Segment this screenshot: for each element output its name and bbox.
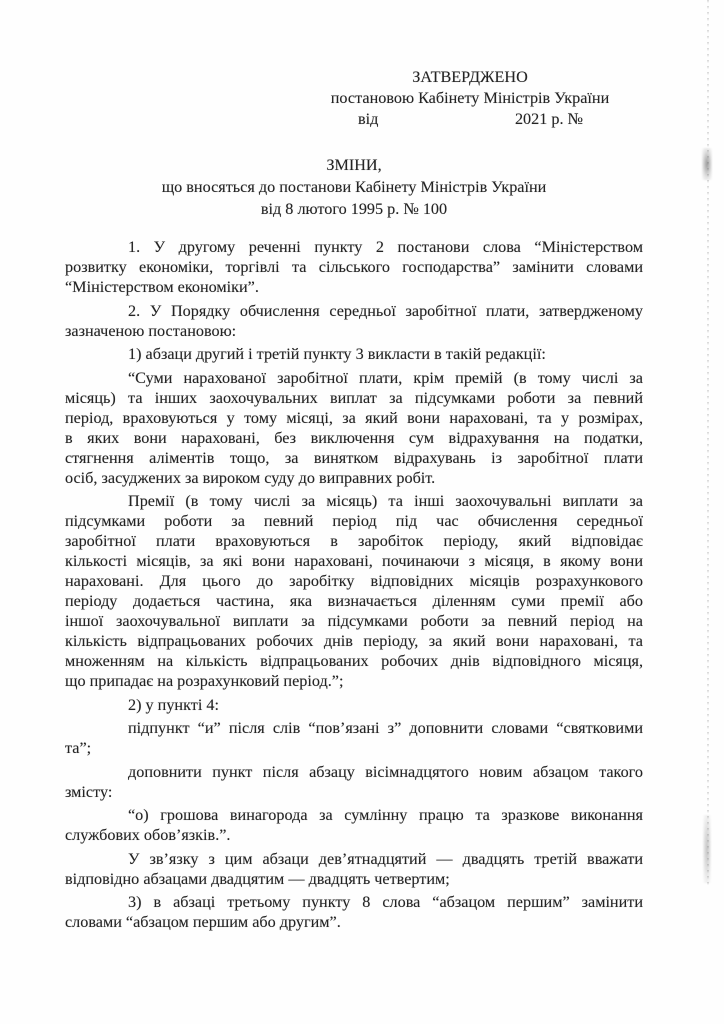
text-line: 2. У Порядку обчислення середньої заробі… (65, 301, 643, 321)
approval-date-suffix: 2021 р. № (515, 109, 583, 130)
text-line: множенням на кількість відпрацьованих ро… (65, 651, 643, 671)
text-line: “Міністерством економіки”. (65, 277, 643, 297)
text-line: кількості місяців, за які вони нарахован… (65, 551, 643, 571)
approval-date-line: від 2021 р. № (323, 109, 617, 130)
paragraph: 1. У другому реченні пункту 2 постанови … (65, 237, 643, 297)
text-line: підсумками роботи за певний період під ч… (65, 511, 643, 531)
text-line: відповідно абзацами двадцятим — двадцять… (65, 869, 643, 889)
scan-artifact-line (707, 0, 709, 888)
paragraph: “о) грошова винагорода за сумлінну працю… (65, 805, 643, 845)
text-line: 2) у пункті 4: (65, 695, 643, 715)
text-line: 3) в абзаці третьому пункту 8 слова “абз… (65, 892, 643, 912)
paragraph: Премії (в тому числі за місяць) та інші … (65, 491, 643, 691)
text-line: в яких вони нараховані, без виключення с… (65, 428, 643, 448)
text-line: Премії (в тому числі за місяць) та інші … (65, 491, 643, 511)
approval-block: ЗАТВЕРДЖЕНО постановою Кабінету Міністрі… (323, 67, 617, 130)
text-line: розвитку економіки, торгівлі та сільсько… (65, 257, 643, 277)
text-line: заробітної плати враховуються в заробіто… (65, 531, 643, 551)
text-line: 1. У другому реченні пункту 2 постанови … (65, 237, 643, 257)
text-line: період, враховуються у тому місяці, за я… (65, 408, 643, 428)
text-line: що припадає на розрахунковий період.”; (65, 671, 643, 691)
document-reference: від 8 лютого 1995 р. № 100 (65, 198, 643, 220)
approval-date-prefix: від (358, 109, 378, 130)
title-block: ЗМІНИ, що вносяться до постанови Кабінет… (65, 154, 643, 220)
text-line: 1) абзаци другий і третій пункту 3 викла… (65, 344, 643, 364)
text-line: зазначеною постановою: (65, 321, 643, 341)
approval-issuer: постановою Кабінету Міністрів України (323, 88, 617, 109)
text-line: “о) грошова винагорода за сумлінну працю… (65, 805, 643, 825)
text-line: періоду додається частина, яка визначаєт… (65, 591, 643, 611)
text-line: кількість відпрацьованих робочих днів пе… (65, 631, 643, 651)
text-line: та”; (65, 738, 643, 758)
paragraph: У зв’язку з цим абзаци дев’ятнадцятий — … (65, 849, 643, 889)
text-line: осіб, засуджених за вироком суду до випр… (65, 468, 643, 488)
paragraph: підпункт “и” після слів “пов’язані з” до… (65, 718, 643, 758)
document-body: 1. У другому реченні пункту 2 постанови … (65, 237, 643, 932)
document-subtitle: що вносяться до постанови Кабінету Мініс… (65, 176, 643, 198)
text-line: змісту: (65, 782, 643, 802)
paragraph: “Суми нарахованої заробітної плати, крім… (65, 368, 643, 488)
paragraph: 2) у пункті 4: (65, 695, 643, 715)
paragraph: 3) в абзаці третьому пункту 8 слова “абз… (65, 892, 643, 932)
document-page: ЗАТВЕРДЖЕНО постановою Кабінету Міністрі… (0, 0, 724, 1024)
text-line: У зв’язку з цим абзаци дев’ятнадцятий — … (65, 849, 643, 869)
scan-artifact-smudge (703, 815, 711, 883)
paragraph: 2. У Порядку обчислення середньої заробі… (65, 301, 643, 341)
text-line: місяць) та інших заохочувальних виплат з… (65, 388, 643, 408)
text-line: доповнити пункт після абзацу вісімнадцят… (65, 762, 643, 782)
text-line: нараховані. Для цього до заробітку відпо… (65, 571, 643, 591)
document-heading: ЗМІНИ, (65, 154, 643, 176)
text-line: стягнення аліментів тощо, за винятком ві… (65, 448, 643, 468)
text-line: словами “абзацом першим або другим”. (65, 912, 643, 932)
text-line: “Суми нарахованої заробітної плати, крім… (65, 368, 643, 388)
text-line: іншої заохочувальної виплати за підсумка… (65, 611, 643, 631)
paragraph: доповнити пункт після абзацу вісімнадцят… (65, 762, 643, 802)
paragraph: 1) абзаци другий і третій пункту 3 викла… (65, 344, 643, 364)
text-line: підпункт “и” після слів “пов’язані з” до… (65, 718, 643, 738)
text-line: службових обов’язків.”. (65, 825, 643, 845)
scan-artifact-smudge (702, 148, 712, 180)
approval-stamp: ЗАТВЕРДЖЕНО (323, 67, 617, 88)
